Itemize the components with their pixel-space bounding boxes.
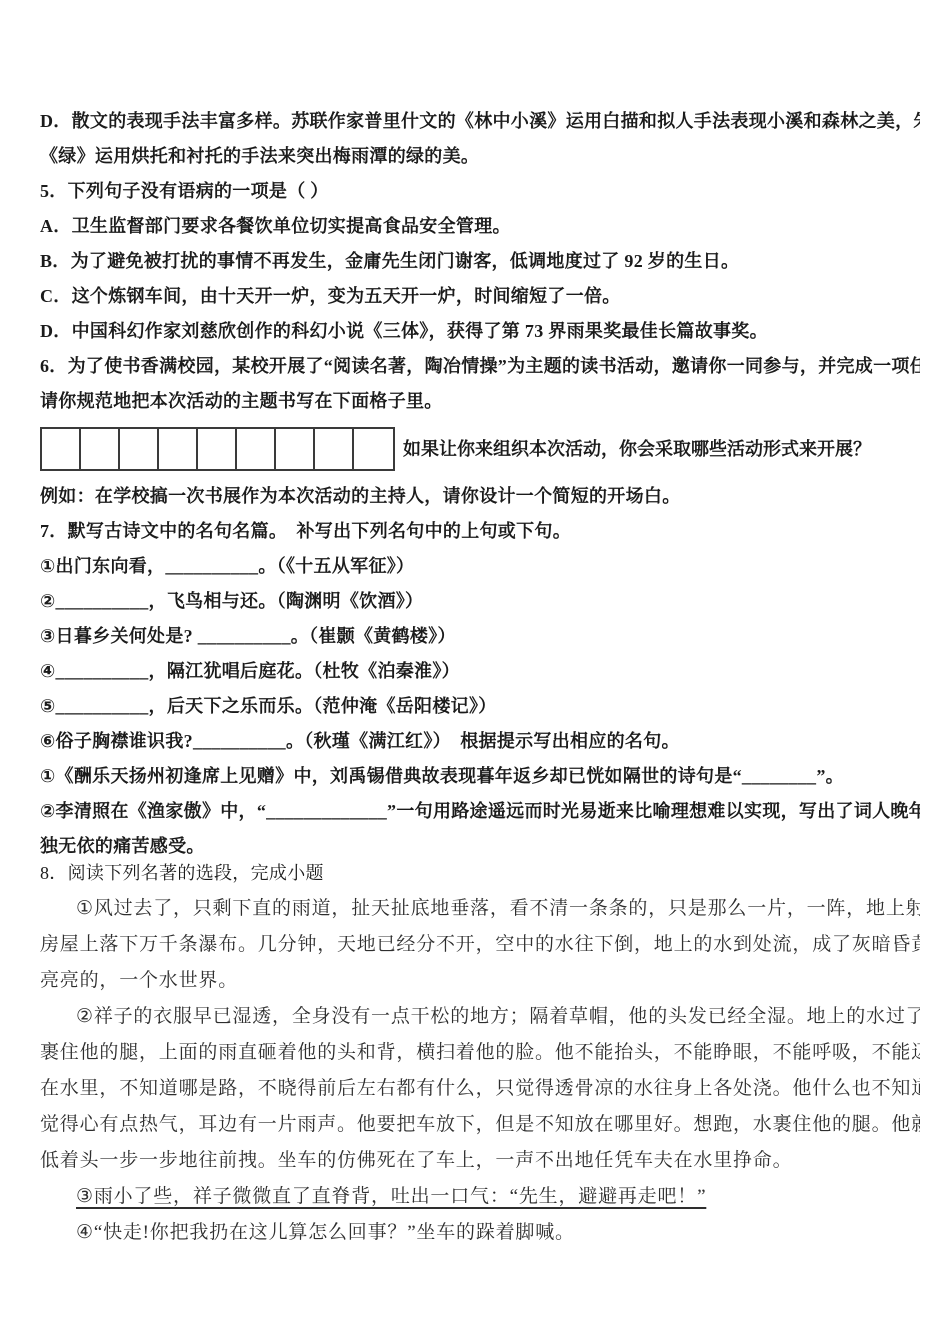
grid-cell	[159, 429, 198, 469]
passage-para2-line-2: 裹住他的腿，上面的雨直砸着他的头和背，横扫着他的脸。他不能抬头，不能睁眼，不能呼…	[40, 1035, 920, 1071]
question-6-example: 例如：在学校搞一次书展作为本次活动的主持人，请你设计一个简短的开场白。	[40, 479, 920, 514]
answer-grid-row: 如果让你来组织本次活动，你会采取哪些活动形式来开展？	[40, 419, 920, 479]
passage-para4: ④“快走!你把我扔在这儿算怎么回事？”坐车的跺着脚喊。	[40, 1215, 920, 1251]
passage-para3-underlined: ③雨小了些，祥子微微直了直脊背，吐出一口气：“先生，避避再走吧！”	[40, 1179, 920, 1215]
dictation-blank-4: ④__________，隔江犹唱后庭花。（杜牧《泊秦淮》）	[40, 654, 920, 689]
passage-para2-line-4: 觉得心有点热气，耳边有一片雨声。他要把车放下，但是不知放在哪里好。想跑，水裹住他…	[40, 1107, 920, 1143]
question-5-stem: 5．下列句子没有语病的一项是（ ）	[40, 174, 920, 209]
grid-cell	[354, 429, 393, 469]
option-d-line-1: D．散文的表现手法丰富多样。苏联作家普里什文的《林中小溪》运用白描和拟人手法表现…	[40, 104, 920, 139]
question-5-option-a: A．卫生监督部门要求各餐饮单位切实提高食品安全管理。	[40, 209, 920, 244]
passage-para1-line-3: 亮亮的，一个水世界。	[40, 963, 920, 999]
question-5-option-d: D．中国科幻作家刘慈欣创作的科幻小说《三体》，获得了第 73 界雨果奖最佳长篇故…	[40, 314, 920, 349]
passage-para2-line-3: 在水里，不知道哪是路，不晓得前后左右都有什么，只觉得透骨凉的水往身上各处浇。他什…	[40, 1071, 920, 1107]
question-6-stem: 6．为了使书香满校园，某校开展了“阅读名著，陶冶情操”为主题的读书活动，邀请你一…	[40, 349, 920, 384]
grid-cell	[315, 429, 354, 469]
passage-para1-line-2: 房屋上落下万千条瀑布。几分钟，天地已经分不开，空中的水往下倒，地上的水到处流，成…	[40, 927, 920, 963]
grid-cell	[237, 429, 276, 469]
dictation-blank-3: ③日暮乡关何处是? __________。（崔颢《黄鹤楼》）	[40, 619, 920, 654]
dictation-blank-5: ⑤__________，后天下之乐而乐。（范仲淹《岳阳楼记》）	[40, 689, 920, 724]
question-5-option-b: B．为了避免被打扰的事情不再发生，金庸先生闭门谢客，低调地度过了 92 岁的生日…	[40, 244, 920, 279]
passage-para2-line-1: ②祥子的衣服早已湿透，全身没有一点干松的地方；隔着草帽，他的头发已经全湿。地上的…	[40, 999, 920, 1035]
grid-cell	[81, 429, 120, 469]
dictation-blank-1: ①出门东向看，__________。（《十五从军征》）	[40, 549, 920, 584]
grid-cell	[198, 429, 237, 469]
question-6-instruction: 请你规范地把本次活动的主题书写在下面格子里。	[40, 384, 920, 419]
grid-cell	[42, 429, 81, 469]
option-d-line-2: 《绿》运用烘托和衬托的手法来突出梅雨潭的绿的美。	[40, 139, 920, 174]
answer-grid	[40, 427, 395, 471]
question-5-option-c: C．这个炼钢车间，由十天开一炉，变为五天开一炉，时间缩短了一倍。	[40, 279, 920, 314]
dictation-blank-2: ②__________，飞鸟相与还。（陶渊明《饮酒》）	[40, 584, 920, 619]
dictation-blank-6: ⑥俗子胸襟谁识我?__________。（秋瑾《满江红》） 根据提示写出相应的名…	[40, 724, 920, 759]
grid-cell	[120, 429, 159, 469]
question-8-stem: 8．阅读下列名著的选段，完成小题	[40, 856, 920, 891]
passage-para1-line-1: ①风过去了，只剩下直的雨道，扯天扯底地垂落，看不清一条条的，只是那么一片，一阵，…	[40, 891, 920, 927]
exam-page: D．散文的表现手法丰富多样。苏联作家普里什文的《林中小溪》运用白描和拟人手法表现…	[0, 0, 950, 1344]
grid-cell	[276, 429, 315, 469]
passage-para2-line-5: 低着头一步一步地往前拽。坐车的仿佛死在了车上，一声不出地任凭车夫在水里挣命。	[40, 1143, 920, 1179]
question-7-stem: 7．默写古诗文中的名句名篇。 补写出下列名句中的上句或下句。	[40, 514, 920, 549]
hint-blank-2-line-1: ②李清照在《渔家傲》中，“_____________”一句用路途遥远而时光易逝来…	[40, 794, 920, 829]
question-6-side-prompt: 如果让你来组织本次活动，你会采取哪些活动形式来开展？	[403, 419, 871, 479]
hint-blank-1: ①《酬乐天扬州初逢席上见赠》中，刘禹锡借典故表现暮年返乡却已恍如隔世的诗句是“_…	[40, 759, 920, 794]
